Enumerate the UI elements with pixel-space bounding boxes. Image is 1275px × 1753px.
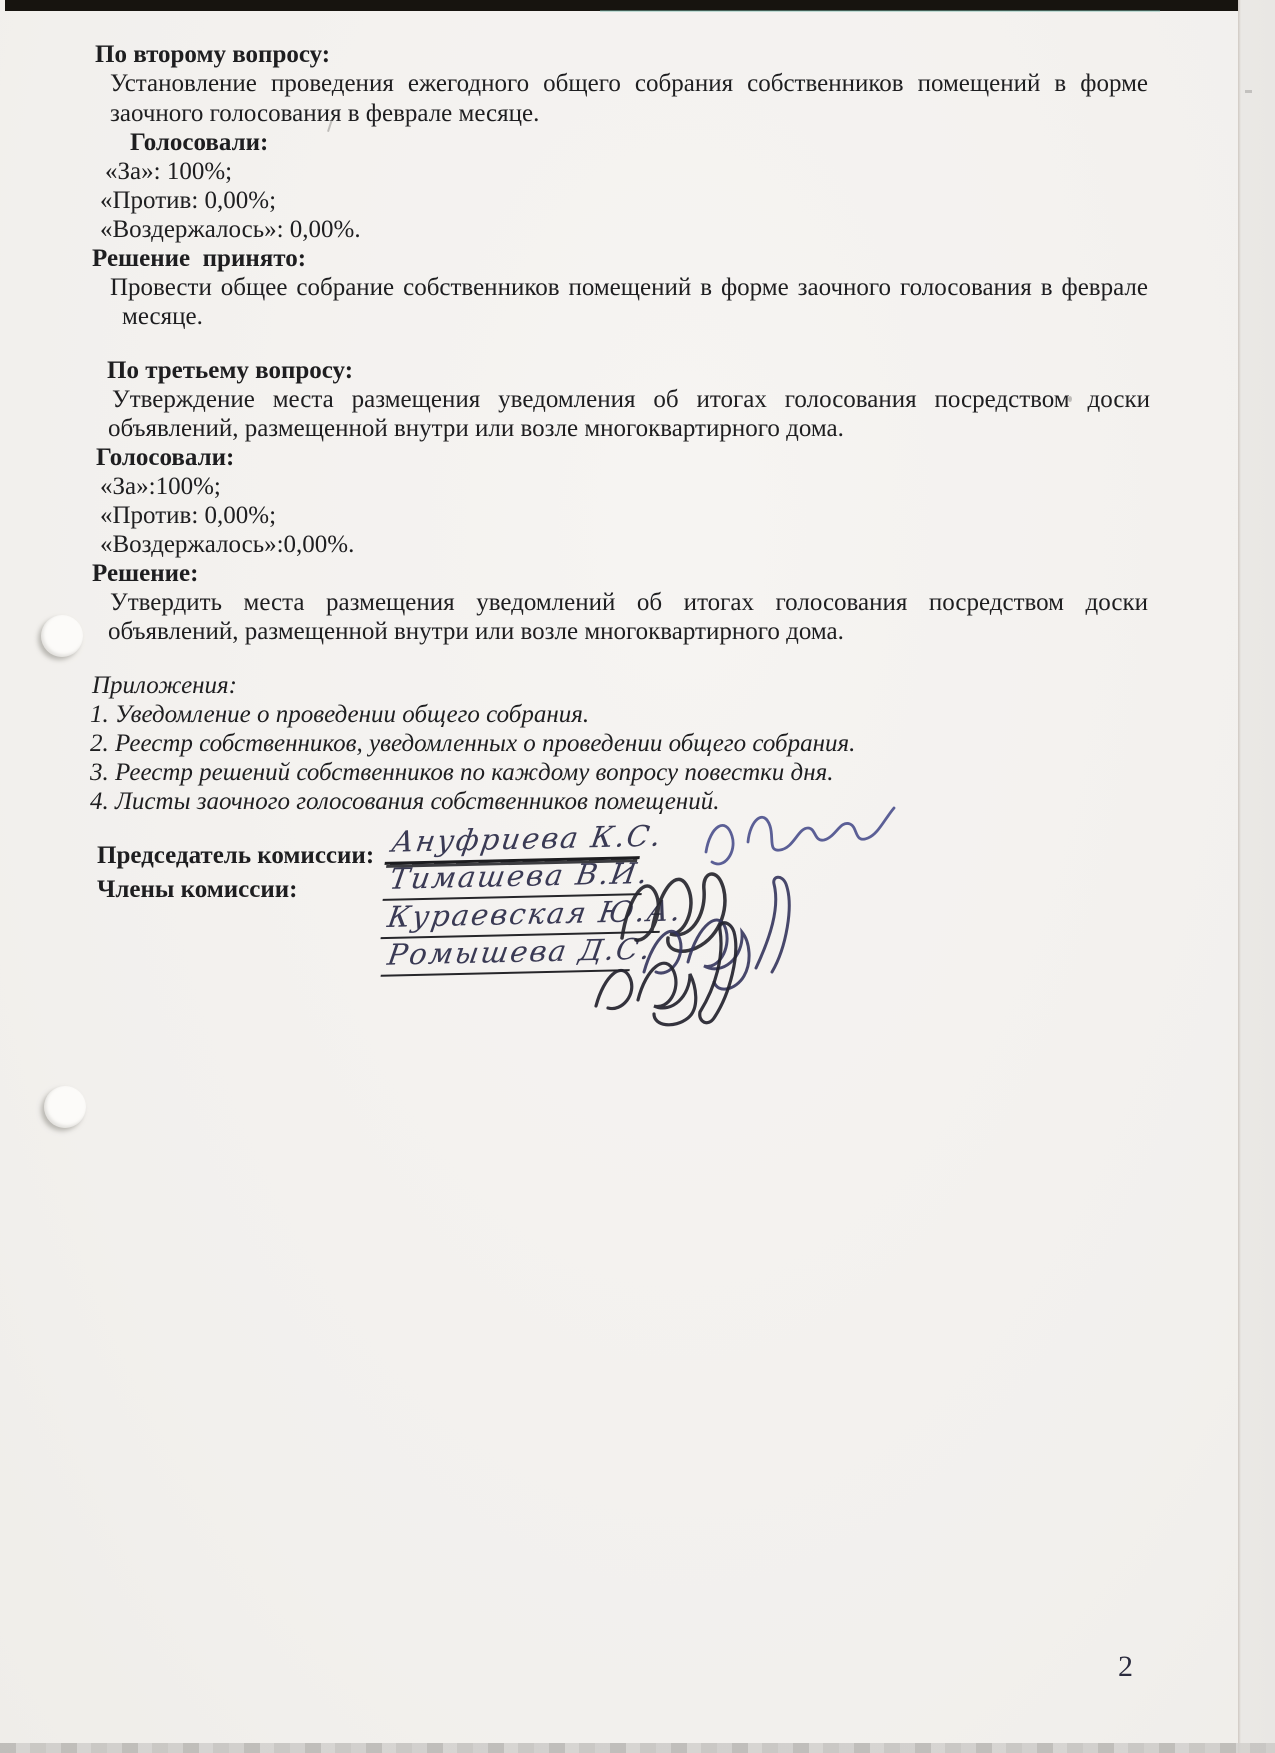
q3-decision-line1: Утвердить места размещения уведомлений о… <box>110 588 1148 617</box>
scanner-background-right <box>1238 0 1275 1753</box>
signature-flourish-blue <box>706 808 894 864</box>
q3-vote-abstain: «Воздержалось»:0,00%. <box>100 530 354 559</box>
scan-bottom-edge <box>0 1743 1275 1753</box>
document-page: По второму вопросу: Установление проведе… <box>0 0 1238 1753</box>
q2-heading: По второму вопросу: <box>95 40 330 69</box>
q2-body-line1: Установление проведения ежегодного общег… <box>110 69 1148 98</box>
scanned-document: По второму вопросу: Установление проведе… <box>0 0 1275 1753</box>
q2-vote-for: «За»: 100%; <box>105 157 232 186</box>
hole-punch-bottom <box>44 1086 86 1128</box>
q2-decision-label: Решение принято: <box>92 244 306 273</box>
q3-body-line1: Утверждение места размещения уведомления… <box>112 385 1150 414</box>
attachment-item-2: 2. Реестр собственников, уведомленных о … <box>90 729 855 758</box>
attachment-item-3: 3. Реестр решений собственников по каждо… <box>90 758 833 787</box>
q2-vote-against: «Против: 0,00%; <box>100 186 276 215</box>
scan-speck <box>1068 396 1072 402</box>
q2-decision-line1: Провести общее собрание собственников по… <box>110 273 1148 302</box>
members-label: Члены комиссии: <box>97 875 298 904</box>
q2-vote-abstain: «Воздержалось»: 0,00%. <box>100 215 361 244</box>
signature-flourish-row4 <box>596 923 736 1025</box>
q3-voted-label: Голосовали: <box>96 443 234 472</box>
attachments-label: Приложения: <box>92 671 237 700</box>
q3-vote-for: «За»:100%; <box>100 472 221 501</box>
q2-voted-label: Голосовали: <box>130 128 268 157</box>
hole-punch-top <box>41 615 83 657</box>
q3-vote-against: «Против: 0,00%; <box>100 501 276 530</box>
chair-label: Председатель комиссии: <box>97 841 374 870</box>
signature-flourishes <box>560 790 920 1040</box>
q2-decision-line2: месяце. <box>122 302 203 331</box>
attachment-item-1: 1. Уведомление о проведении общего собра… <box>90 700 589 729</box>
q3-decision-label: Решение: <box>92 559 198 588</box>
scan-speck <box>463 118 466 121</box>
q3-decision-line2: объявлений, размещенной внутри или возле… <box>108 617 844 646</box>
page-number: 2 <box>1118 1650 1133 1684</box>
scan-top-tint <box>600 10 1160 12</box>
scan-speck <box>1245 90 1252 93</box>
q2-body-line2: заочного голосования в феврале месяце. <box>110 99 539 128</box>
signature-flourish-row2 <box>622 874 725 951</box>
q3-heading: По третьему вопросу: <box>107 356 353 385</box>
q3-body-line2: объявлений, размещенной внутри или возле… <box>108 414 844 443</box>
